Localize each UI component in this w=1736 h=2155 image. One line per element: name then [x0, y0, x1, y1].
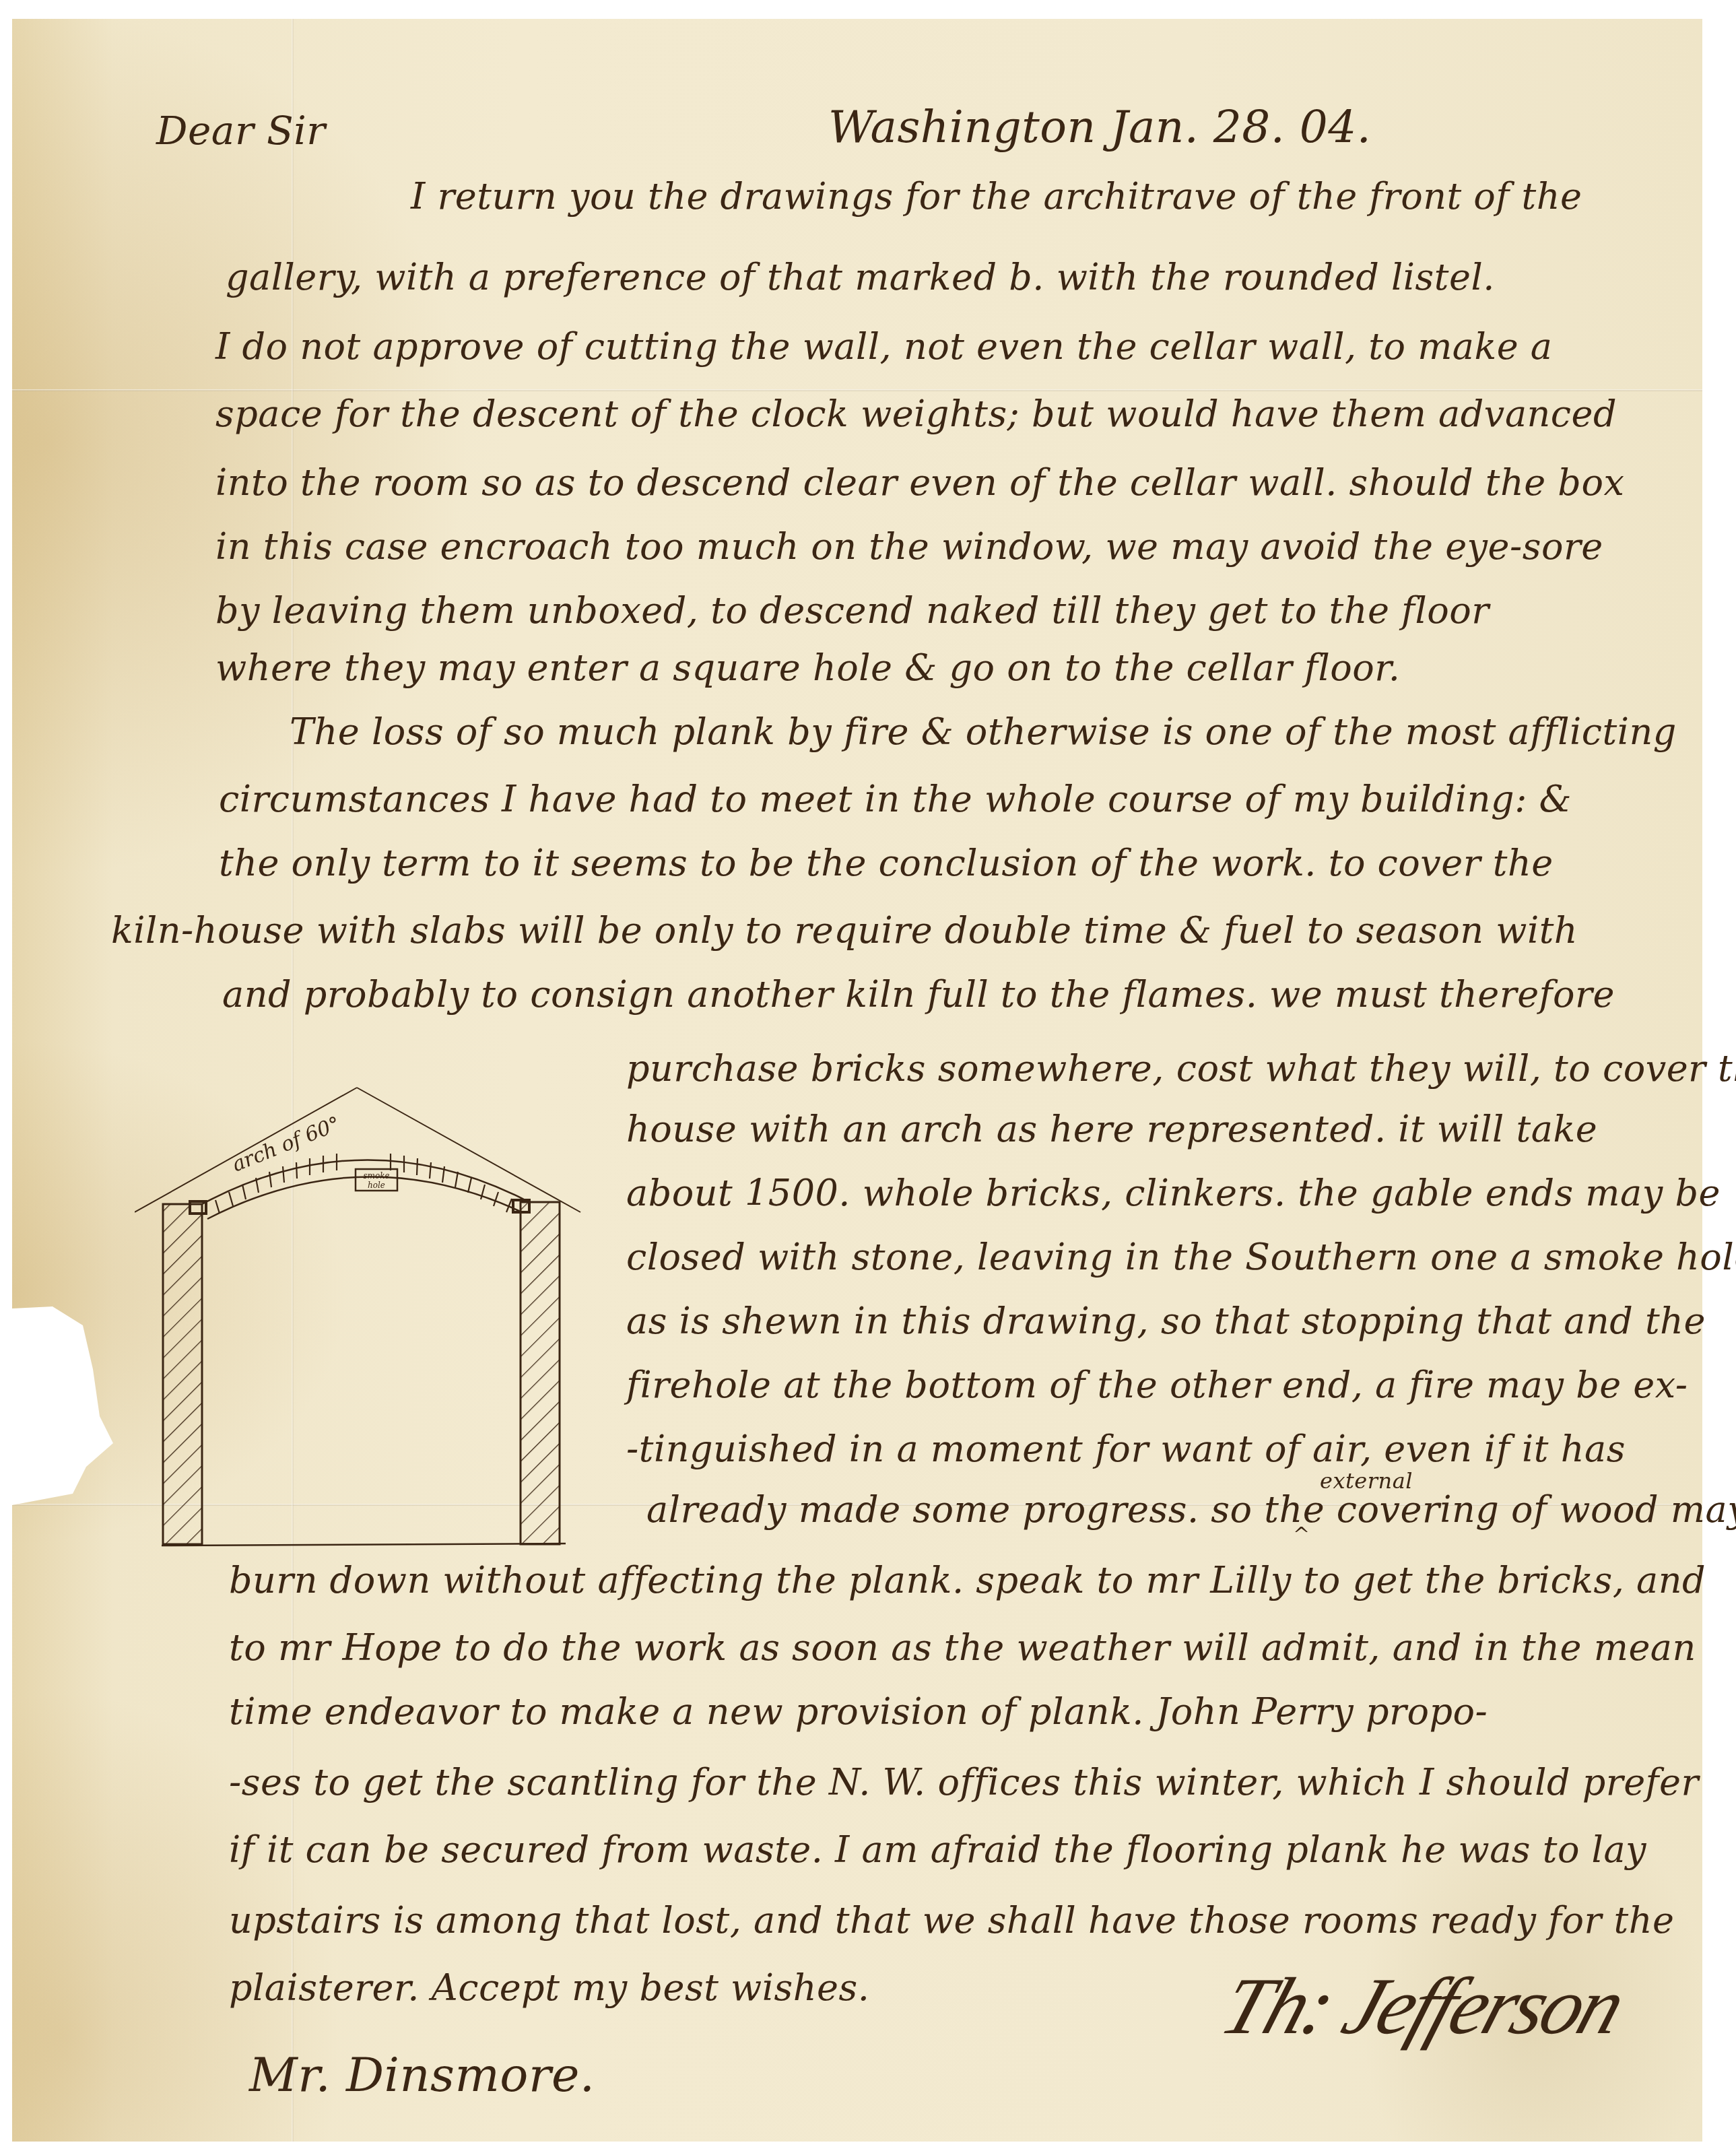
body-line: by leaving them unboxed, to descend nake… [215, 593, 1490, 629]
body-line: I return you the drawings for the archit… [411, 178, 1582, 215]
body-line: firehole at the bottom of the other end,… [626, 1367, 1688, 1403]
body-line: -tinguished in a moment for want of air,… [626, 1431, 1626, 1467]
signature: Th: Jefferson [1211, 1960, 1634, 2053]
body-line: as is shewn in this drawing, so that sto… [626, 1303, 1706, 1339]
body-line: to mr Hope to do the work as soon as the… [229, 1630, 1696, 1666]
arch-angle-label: arch of 60° [229, 1112, 344, 1176]
body-line: house with an arch as here represented. … [626, 1111, 1597, 1148]
body-line: kiln-house with slabs will be only to re… [111, 913, 1578, 949]
right-wall-hatched [521, 1202, 560, 1544]
ground-line [162, 1544, 566, 1546]
body-line: purchase bricks somewhere, cost what the… [626, 1051, 1736, 1087]
greeting: Dear Sir [156, 108, 326, 154]
body-line: circumstances I have had to meet in the … [219, 781, 1572, 818]
body-line: the only term to it seems to be the conc… [219, 845, 1554, 882]
fold-line [12, 389, 1702, 391]
body-line: into the room so as to descend clear eve… [215, 465, 1624, 501]
addressee: Mr. Dinsmore. [249, 2047, 595, 2102]
body-line: plaisterer. Accept my best wishes. [229, 1970, 869, 2006]
body-line: already made some progress. so the cover… [646, 1492, 1736, 1528]
body-line: I do not approve of cutting the wall, no… [215, 329, 1553, 365]
svg-text:hole: hole [368, 1181, 385, 1190]
body-line: and probably to consign another kiln ful… [222, 976, 1615, 1013]
body-line: space for the descent of the clock weigh… [215, 396, 1617, 432]
body-line: in this case encroach too much on the wi… [215, 529, 1603, 565]
body-line: upstairs is among that lost, and that we… [229, 1902, 1674, 1939]
body-line: where they may enter a square hole & go … [215, 650, 1400, 686]
body-line: The loss of so much plank by fire & othe… [290, 714, 1677, 750]
kiln-arch-drawing: smoke hole arch of 60° [135, 1051, 606, 1556]
left-wall-hatched [163, 1204, 202, 1544]
body-line: if it can be secured from waste. I am af… [229, 1832, 1646, 1868]
body-line: burn down without affecting the plank. s… [229, 1562, 1706, 1599]
body-line: gallery, with a preference of that marke… [226, 259, 1495, 296]
dateline: Washington Jan. 28. 04. [828, 101, 1371, 153]
smoke-hole-label: smoke [363, 1171, 389, 1181]
body-line: time endeavor to make a new provision of… [229, 1694, 1488, 1730]
body-line: about 1500. whole bricks, clinkers. the … [626, 1175, 1721, 1212]
body-line: closed with stone, leaving in the Southe… [626, 1239, 1736, 1275]
body-line: -ses to get the scantling for the N. W. … [229, 1764, 1699, 1801]
